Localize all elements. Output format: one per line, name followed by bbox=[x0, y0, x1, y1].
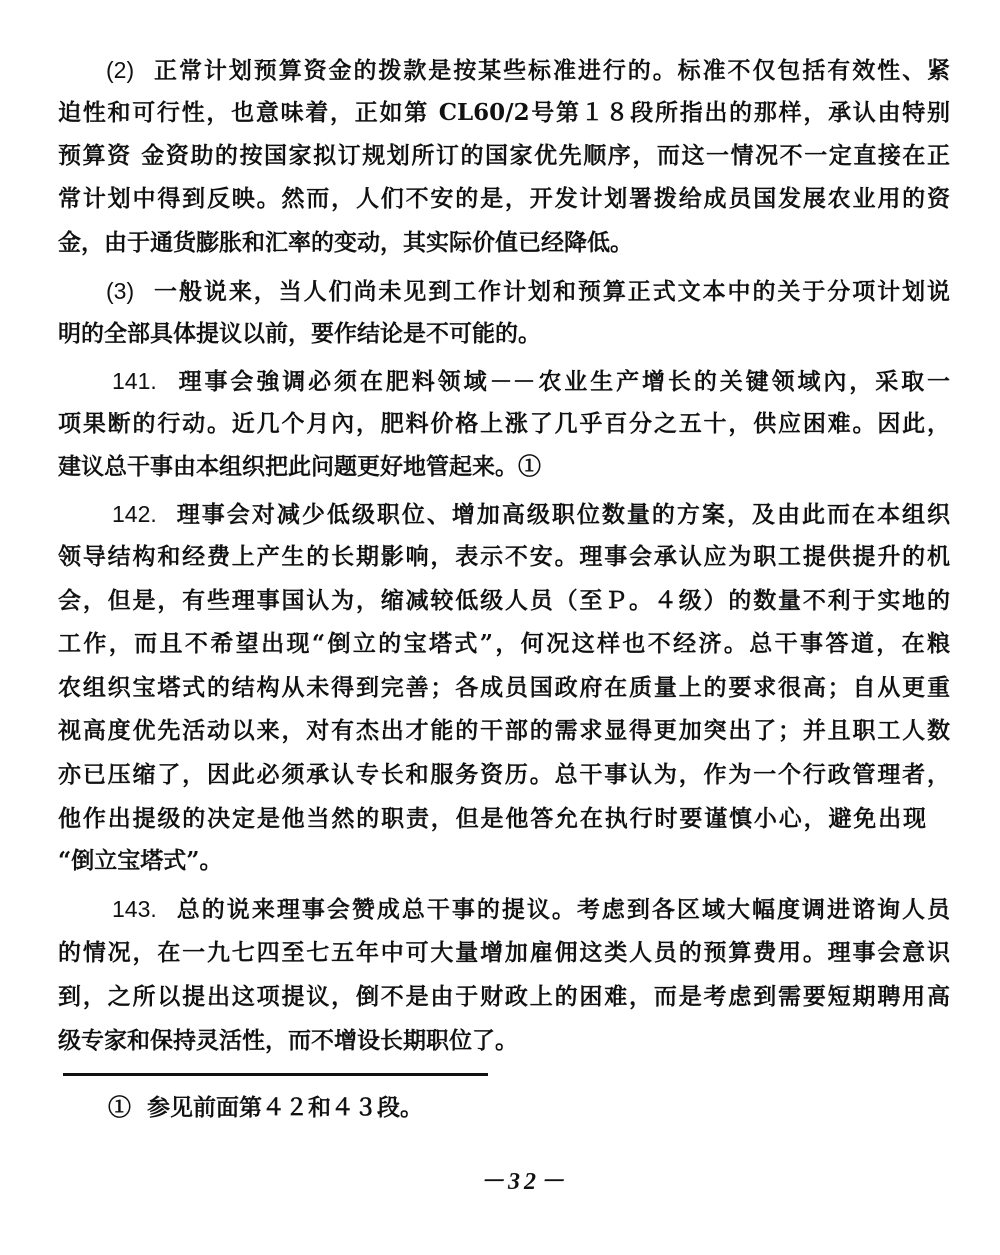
paragraph-143-line-4: 级专家和保持灵活性，而不增设长期职位了。 bbox=[58, 1026, 950, 1056]
paragraph-142-line-3: 会，但是，有些理事国认为，缩减较低级人员（至Ｐ。４级）的数量不利于实地的 bbox=[58, 586, 950, 616]
document-page: (2) 正常计划预算资金的拨款是按某些标准进行的。标准不仅包括有效性、紧 迫性和… bbox=[0, 0, 1000, 1255]
paragraph-143-line-3: 到，之所以提出这项提议，倒不是由于财政上的困难，而是考虑到需要短期聘用高 bbox=[58, 982, 950, 1012]
footnote: ① 参见前面第４２和４３段。 bbox=[108, 1093, 423, 1123]
paragraph-142-line-4: 工作，而且不希望出现“倒立的宝塔式”，何况这样也不经济。总干事答道，在粮 bbox=[58, 629, 950, 659]
paragraph-143-line-1: 143. 总的说来理事会赞成总干事的提议。考虑到各区域大幅度调进谘询人员 bbox=[112, 894, 950, 925]
paragraph-142-line-8: 他作出提级的决定是他当然的职责，但是他答允在执行时要谨慎小心，避免出现 bbox=[58, 804, 926, 834]
paragraph-2-line-5: 金，由于通货膨胀和汇率的变动，其实际价值已经降低。 bbox=[58, 228, 950, 258]
paragraph-3-label: (3) bbox=[106, 278, 134, 304]
paragraph-3-line-1: (3) 一般说来，当人们尚未见到工作计划和预算正式文本中的关于分项计划说 bbox=[106, 276, 950, 307]
paragraph-143-line-2: 的情况，在一九七四至七五年中可大量增加雇佣这类人员的预算费用。理事会意识 bbox=[58, 938, 950, 968]
paragraph-2-line-4: 常计划中得到反映。然而，人们不安的是，开发计划署拨给成员国发展农业用的资 bbox=[58, 184, 950, 214]
paragraph-3-line-2: 明的全部具体提议以前，要作结论是不可能的。 bbox=[58, 319, 950, 349]
paragraph-141-line-2: 项果断的行动。近几个月內，肥料价格上涨了几乎百分之五十，供应困难。因此， bbox=[58, 409, 950, 439]
paragraph-2-line-2: 迫性和可行性，也意味着，正如第 CL60/2号第１８段所指出的那样，承认由特别 bbox=[58, 98, 950, 128]
paragraph-141-label: 141. bbox=[112, 368, 157, 394]
paragraph-2-label: (2) bbox=[106, 57, 134, 83]
paragraph-142-label: 142. bbox=[112, 501, 157, 527]
paragraph-142-line-5: 农组织宝塔式的结构从未得到完善；各成员国政府在质量上的要求很高；自从更重 bbox=[58, 673, 950, 703]
paragraph-2-line-3: 预算资 金资助的按国家拟订规划所订的国家优先顺序，而这一情况不一定直接在正 bbox=[58, 141, 950, 171]
footnote-marker: ① bbox=[108, 1094, 131, 1121]
footnote-divider bbox=[63, 1073, 488, 1076]
paragraph-142-line-9: “倒立宝塔式”。 bbox=[58, 846, 950, 876]
paragraph-142-line-7: 亦已压缩了，因此必须承认专长和服务资历。总干事认为，作为一个行政管理者， bbox=[58, 760, 950, 790]
paragraph-2-line-1: (2) 正常计划预算资金的拨款是按某些标准进行的。标准不仅包括有效性、紧 bbox=[106, 55, 950, 86]
paragraph-142-line-1: 142. 理事会对减少低级职位、增加高级职位数量的方案，及由此而在本组织 bbox=[112, 499, 950, 530]
paragraph-143-label: 143. bbox=[112, 896, 157, 922]
footnote-text: 参见前面第４２和４３段。 bbox=[147, 1094, 423, 1121]
paragraph-142-line-6: 视高度优先活动以来，对有杰出才能的干部的需求显得更加突出了；并且职工人数 bbox=[58, 716, 950, 746]
page-number: －32－ bbox=[480, 1161, 568, 1196]
paragraph-141-line-3: 建议总干事由本组织把此问题更好地管起来。① bbox=[58, 452, 950, 482]
paragraph-142-line-2: 领导结构和经费上产生的长期影响，表示不安。理事会承认应为职工提供提升的机 bbox=[58, 542, 950, 572]
paragraph-141-line-1: 141. 理事会強调必须在肥料领域－－农业生产增长的关键领域內，采取一 bbox=[112, 366, 950, 397]
